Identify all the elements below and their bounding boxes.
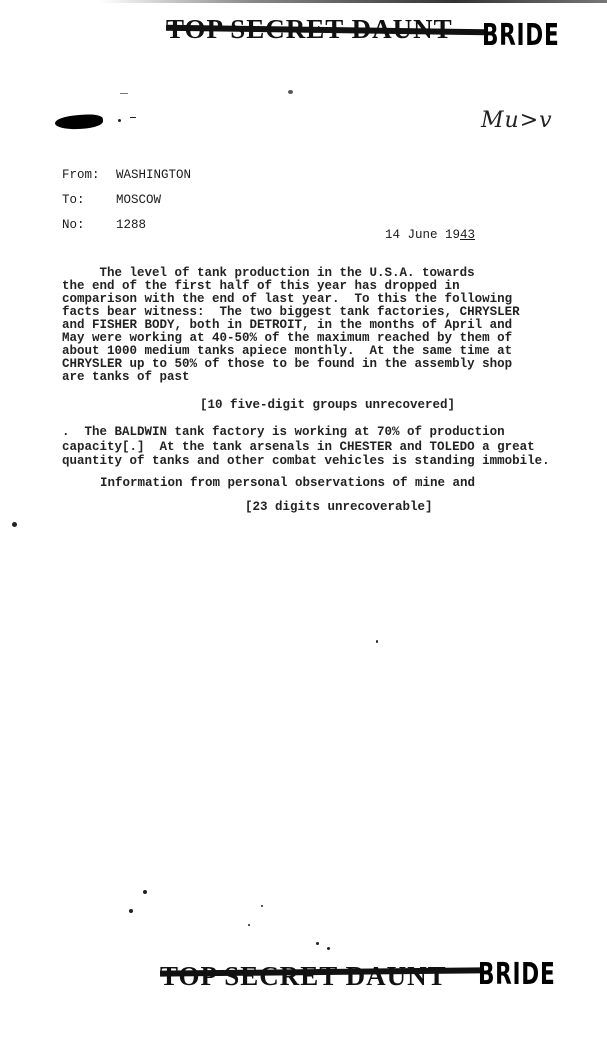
unrecovered-groups-note: [10 five-digit groups unrecovered]: [200, 398, 455, 412]
number-row: No: 1288: [62, 213, 191, 238]
speck: [120, 93, 128, 94]
speck: [130, 117, 136, 118]
number-label: No:: [62, 213, 116, 238]
text-line: . The BALDWIN tank factory is working at…: [62, 425, 550, 440]
unrecoverable-digits-note: [23 digits unrecoverable]: [245, 500, 433, 514]
speck: [261, 905, 263, 907]
paragraph-1: The level of tank production in the U.S.…: [62, 267, 592, 384]
to-value: MOSCOW: [116, 188, 161, 213]
codeword-stamp: BRIDE: [482, 18, 559, 53]
text-line: quantity of tanks and other combat vehic…: [62, 454, 550, 469]
text-line: are tanks of past: [62, 371, 592, 384]
number-value: 1288: [116, 213, 146, 238]
to-label: To:: [62, 188, 116, 213]
date-prefix: 14 June 19: [385, 228, 460, 242]
paragraph-3: Information from personal observations o…: [100, 476, 475, 490]
date-underlined-year: 43: [460, 228, 475, 242]
paragraph-2: . The BALDWIN tank factory is working at…: [62, 425, 550, 469]
speck: [248, 924, 250, 926]
codeword-stamp: BRIDE: [478, 957, 555, 992]
handwritten-annotation: Mu>v: [481, 108, 553, 133]
speck: [316, 942, 319, 945]
message-header: From: WASHINGTON To: MOSCOW No: 1288: [62, 163, 191, 238]
speck: [327, 947, 330, 950]
text-line: capacity[.] At the tank arsenals in CHES…: [62, 440, 550, 455]
struck-classification-text: TOP SECRET DAUNT: [160, 961, 447, 992]
page-edge-shadow: [100, 0, 607, 3]
from-row: From: WASHINGTON: [62, 163, 191, 188]
from-label: From:: [62, 163, 116, 188]
classification-banner-bottom: TOP SECRET DAUNT BRIDE: [0, 955, 607, 995]
speck: [12, 522, 17, 527]
message-date: 14 June 1943: [385, 228, 475, 242]
speck: [376, 640, 378, 643]
ink-blot: [55, 113, 104, 130]
speck: [288, 90, 293, 94]
speck: [118, 119, 121, 122]
from-value: WASHINGTON: [116, 163, 191, 188]
speck: [143, 890, 147, 894]
classification-banner-top: TOP SECRET DAUNT BRIDE: [0, 14, 607, 54]
to-row: To: MOSCOW: [62, 188, 191, 213]
speck: [129, 909, 133, 913]
